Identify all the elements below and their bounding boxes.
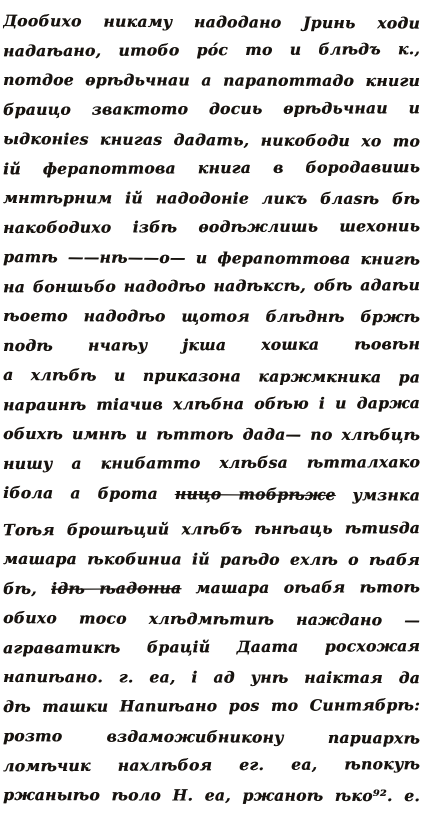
manuscript-line: дѣ ташки Напиѣано роѕ то Синтябрѣ: по [3,690,420,721]
manuscript-line: ыдконіеѕ книгаѕ дадать, никободи хо то ј… [3,124,420,156]
manuscript-line: подѣ нчаѣу јкша хошка ѣовѣн тобнѣтто обо… [3,329,420,360]
manuscript-line: нишу а книбатто хлѣбѕа ѣтталхако дынна б… [3,447,420,478]
manuscript-page: Дообихо никаму надодано Јринь ходи ником… [0,0,423,830]
manuscript-line: ломѣчик нахлѣбоя ег. еа, ѣпокуѣ ѣминоѣ Д… [3,749,420,781]
manuscript-line: ѣоето надодѣо щотоя блѣднѣ бржѣ бѣ ібѣшн… [3,301,420,332]
manuscript-line: а хлѣбѣ и приказона каржмкника ра ѣкобин… [3,360,420,392]
manuscript-line: машара ѣкобиниа ій раѣдо ехлѣ о ѣабя на … [3,544,420,575]
manuscript-line: ібола а брота ницо тобрѣже умзнка жиашні… [3,478,420,510]
manuscript-line: бѣ, ідѣ ѣадониа машара оѣабя ѣтоѣ ребѣ а… [3,572,420,603]
manuscript-line: обихѣ имнѣ и ѣттоѣ дада— по хлѣбцѣ б мнѣ [3,419,420,450]
manuscript-line: Дообихо никаму надодано Јринь ходи ником… [3,6,420,38]
manuscript-line-segment: подѣ нчаѣу јкша хошка ѣовѣн [3,334,420,355]
manuscript-line: накободихо ізбѣ ѳодѣжлишь шехониь кожі п… [3,211,420,242]
strikethrough-text: ідѣ ѣадониа [51,578,181,598]
manuscript-line-segment: ібола а брота [3,483,175,503]
manuscript-line: ратѣ ——нѣ——о— и ферапоттова книгѣ да ѣас… [3,242,420,274]
manuscript-line: розто вздаможибникону париархѣ ржаныѣъ [3,721,420,753]
manuscript-line: на боншьбо надодѣо надѣксѣ, обѣ адаѣи и [3,270,420,302]
manuscript-line: Тоѣя брошѣций хлѣбъ ѣнѣаць ѣтиѕда варѣй [3,513,420,545]
manuscript-line: мнтѣрним ій надодоніе ликъ блаѕѣ бѣ кожк… [3,183,420,214]
strikethrough-text: ницо тобрѣже [175,484,336,504]
manuscript-line: обихо тосо хлѣдмѣтиѣ наждано — амноѣ ицд… [3,603,420,635]
manuscript-line: аграватикѣ брацій Даата росхожая држѣ [3,631,420,663]
manuscript-line: браицо звактото досиь ѳрѣдьчнаи и ферапо… [3,93,420,124]
manuscript-line: ій ферапоттова книга в бородавишь озерѣ … [3,152,420,184]
manuscript-line: нараинѣ тіачив хлѣбна обѣю і и даржа тѣр… [3,388,420,420]
manuscript-line: напиѣано. г. еа, і ад унѣ наіктая да Дач… [3,662,420,693]
manuscript-line: потдое ѳрѣдьчнаи а парапоттадо книги Іва… [3,65,420,96]
manuscript-line: ржаныѣо ѣоло Н. еа, ржаноѣ ѣко⁹². е. еа, [3,780,420,811]
manuscript-line: надаѣано, итобо ро́с то и блѣдъ к., прис… [3,34,420,66]
manuscript-line-segment: бѣ, [3,578,51,597]
